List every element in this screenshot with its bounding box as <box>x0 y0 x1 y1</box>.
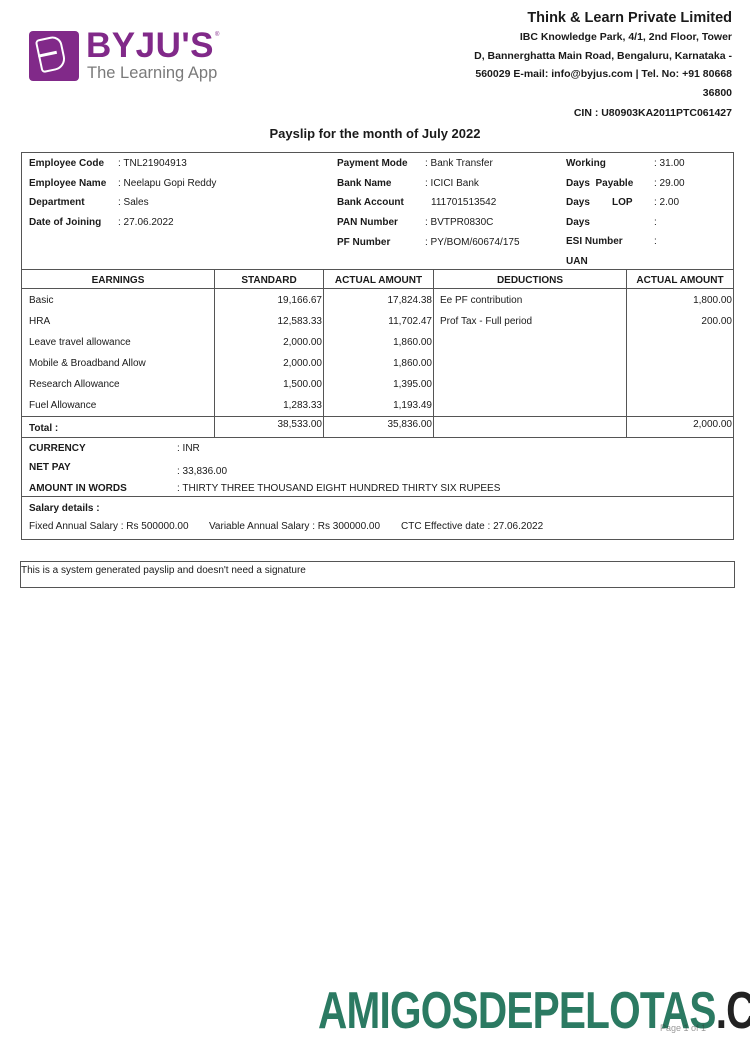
ctc-effective-date: CTC Effective date : 27.06.2022 <box>401 521 543 533</box>
info-label: Days Payable <box>566 178 633 190</box>
earning-actual: 1,193.49 <box>324 400 432 412</box>
info-value: : 29.00 <box>654 178 685 190</box>
info-label: Working <box>566 158 606 170</box>
info-value: : 2.00 <box>654 197 679 209</box>
info-value: : ICICI Bank <box>425 178 479 190</box>
info-label: Bank Name <box>337 178 391 190</box>
earning-name: Mobile & Broadband Allow <box>29 358 146 370</box>
info-value: : 31.00 <box>654 158 685 170</box>
info-label: Employee Code <box>29 158 104 170</box>
earning-standard: 12,583.33 <box>215 316 322 328</box>
currency-label: CURRENCY <box>29 443 86 455</box>
earning-standard: 19,166.67 <box>215 295 322 307</box>
total-actual: 35,836.00 <box>324 419 432 431</box>
company-address-line: D, Bannerghatta Main Road, Bengaluru, Ka… <box>474 47 732 66</box>
info-value: 111701513542 <box>431 197 496 209</box>
deduction-amount: 1,800.00 <box>627 295 732 307</box>
brand-tagline: The Learning App <box>87 64 217 82</box>
info-label: Date of Joining <box>29 217 101 229</box>
earning-name: Leave travel allowance <box>29 337 131 349</box>
net-pay-value: : 33,836.00 <box>177 466 227 478</box>
info-value: : 27.06.2022 <box>118 217 174 229</box>
info-label: Days <box>566 197 590 209</box>
earning-name: Basic <box>29 295 53 307</box>
net-pay-label: NET PAY <box>29 462 71 474</box>
info-value: : Bank Transfer <box>425 158 493 170</box>
earning-actual: 17,824.38 <box>324 295 432 307</box>
earning-name: Research Allowance <box>29 379 120 391</box>
info-label: Department <box>29 197 85 209</box>
header-actual-amount: ACTUAL AMOUNT <box>324 275 433 287</box>
info-label: LOP <box>612 197 633 209</box>
info-value: : TNL21904913 <box>118 158 187 170</box>
watermark-site: AMIGOSDEPELOTAS <box>318 982 716 1040</box>
company-address-line: 560029 E-mail: info@byjus.com | Tel. No:… <box>474 65 732 84</box>
info-label: ESI Number <box>566 236 623 248</box>
info-value: : Neelapu Gopi Reddy <box>118 178 216 190</box>
info-value: : BVTPR0830C <box>425 217 493 229</box>
table-bottom-border <box>22 437 733 438</box>
brand-name: BYJU'S <box>86 28 214 64</box>
system-generated-note: This is a system generated payslip and d… <box>21 565 306 577</box>
info-label: PAN Number <box>337 217 398 229</box>
total-standard: 38,533.00 <box>215 419 322 431</box>
info-label: PF Number <box>337 237 390 249</box>
earning-standard: 1,500.00 <box>215 379 322 391</box>
company-cin: CIN : U80903KA2011PTC061427 <box>474 104 732 123</box>
total-deductions: 2,000.00 <box>627 419 732 431</box>
earning-actual: 11,702.47 <box>324 316 432 328</box>
header-standard: STANDARD <box>215 275 323 287</box>
byjus-logo-mark <box>29 31 79 81</box>
b-letter-icon <box>35 35 68 74</box>
amount-in-words-label: AMOUNT IN WORDS <box>29 483 127 495</box>
amount-in-words-value: : THIRTY THREE THOUSAND EIGHT HUNDRED TH… <box>177 483 500 495</box>
deduction-name: Prof Tax - Full period <box>440 316 532 328</box>
info-value: : PY/BOM/60674/175 <box>425 237 520 249</box>
watermark-tld: .COM <box>716 982 750 1040</box>
company-address-line: 36800 <box>474 84 732 103</box>
header-earnings: EARNINGS <box>22 275 214 287</box>
earning-standard: 1,283.33 <box>215 400 322 412</box>
salary-details-heading: Salary details : <box>29 503 100 515</box>
header-deductions: DEDUCTIONS <box>434 275 626 287</box>
payslip-main-box: Employee Code : TNL21904913 Employee Nam… <box>21 152 734 540</box>
registered-mark: ® <box>215 32 219 38</box>
header-deduction-amount: ACTUAL AMOUNT <box>627 275 733 287</box>
deduction-amount: 200.00 <box>627 316 732 328</box>
info-label: Bank Account <box>337 197 404 209</box>
col-divider <box>433 269 434 437</box>
info-value: : Sales <box>118 197 149 209</box>
info-label: UAN <box>566 256 588 268</box>
company-header: Think & Learn Private Limited IBC Knowle… <box>474 8 732 123</box>
currency-value: : INR <box>177 443 200 455</box>
earning-name: Fuel Allowance <box>29 400 96 412</box>
info-label: Days <box>566 217 590 229</box>
earning-actual: 1,860.00 <box>324 337 432 349</box>
earning-standard: 2,000.00 <box>215 358 322 370</box>
info-value: : <box>654 236 657 248</box>
total-label: Total : <box>29 423 58 435</box>
page-number: Page 1 of 1 <box>660 1023 706 1033</box>
company-name: Think & Learn Private Limited <box>474 8 732 28</box>
earning-actual: 1,395.00 <box>324 379 432 391</box>
payslip-title: Payslip for the month of July 2022 <box>0 126 750 142</box>
earning-name: HRA <box>29 316 50 328</box>
earning-actual: 1,860.00 <box>324 358 432 370</box>
deduction-name: Ee PF contribution <box>440 295 522 307</box>
info-label: Payment Mode <box>337 158 408 170</box>
info-value: : <box>654 217 657 229</box>
system-generated-note-box: This is a system generated payslip and d… <box>20 561 735 588</box>
company-address-line: IBC Knowledge Park, 4/1, 2nd Floor, Towe… <box>474 28 732 47</box>
info-label: Employee Name <box>29 178 106 190</box>
fixed-annual-salary: Fixed Annual Salary : Rs 500000.00 <box>29 521 189 533</box>
summary-bottom-border <box>22 496 733 497</box>
variable-annual-salary: Variable Annual Salary : Rs 300000.00 <box>209 521 380 533</box>
earning-standard: 2,000.00 <box>215 337 322 349</box>
